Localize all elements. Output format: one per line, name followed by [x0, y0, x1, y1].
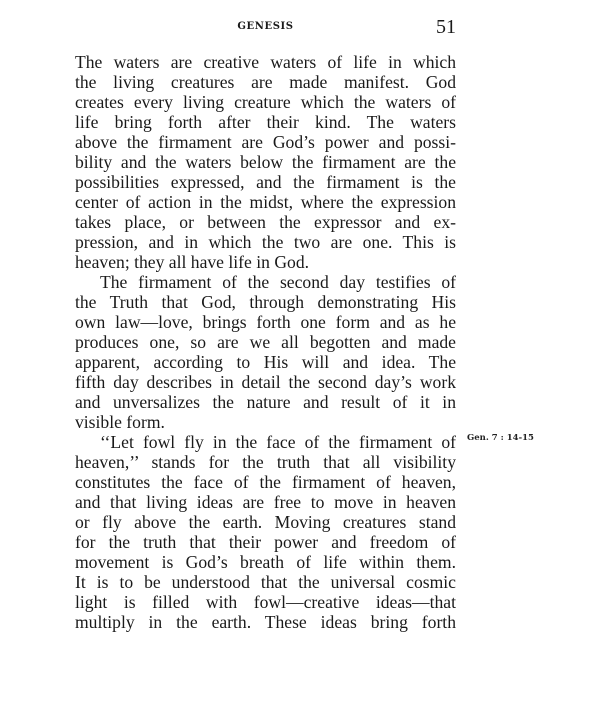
text-line: The firmament of the second day testifie…: [75, 272, 456, 292]
text-line: ‘‘Let fowl fly in the face of the firmam…: [75, 432, 456, 452]
body-text: The waters are creative waters of life i…: [75, 52, 456, 632]
text-line: apparent, according to His will and idea…: [75, 352, 456, 372]
running-head: GENESIS 51: [75, 16, 456, 40]
page-number: 51: [436, 16, 456, 39]
text-line: own law—love, brings forth one form and …: [75, 312, 456, 332]
text-line: or fly above the earth. Moving creatures…: [75, 512, 456, 532]
text-line: life bring forth after their kind. The w…: [75, 112, 456, 132]
text-line: the Truth that God, through demonstratin…: [75, 292, 456, 312]
text-line: for the truth that their power and freed…: [75, 532, 456, 552]
text-line: constitutes the face of the firmament of…: [75, 472, 456, 492]
text-line: heaven,’’ stands for the truth that all …: [75, 452, 456, 472]
text-line: The waters are creative waters of life i…: [75, 52, 456, 72]
paragraph-3: ‘‘Let fowl fly in the face of the firmam…: [75, 432, 456, 632]
text-line: movement is God’s breath of life within …: [75, 552, 456, 572]
text-line: produces one, so are we all begotten and…: [75, 332, 456, 352]
text-line: light is filled with fowl—creative ideas…: [75, 592, 456, 612]
text-line: takes place, or between the expressor an…: [75, 212, 456, 232]
text-line: multiply in the earth. These ideas bring…: [75, 612, 456, 632]
text-line: possibilities expressed, and the firmame…: [75, 172, 456, 192]
paragraph-1: The waters are creative waters of life i…: [75, 52, 456, 272]
paragraph-2: The firmament of the second day testifie…: [75, 272, 456, 432]
margin-reference: Gen. 7 : 14-15: [467, 433, 534, 443]
text-line: creates every living creature which the …: [75, 92, 456, 112]
text-line: the living creatures are made manifest. …: [75, 72, 456, 92]
text-line: heaven; they all have life in God.: [75, 252, 456, 272]
text-line: and that living ideas are free to move i…: [75, 492, 456, 512]
text-line: center of action in the midst, where the…: [75, 192, 456, 212]
book-page: GENESIS 51 The waters are creative water…: [0, 0, 600, 709]
text-line: visible form.: [75, 412, 456, 432]
text-line: and unversalizes the nature and result o…: [75, 392, 456, 412]
text-line: pression, and in which the two are one. …: [75, 232, 456, 252]
running-title: GENESIS: [75, 21, 456, 32]
text-line: above the firmament are God’s power and …: [75, 132, 456, 152]
text-line: It is to be understood that the universa…: [75, 572, 456, 592]
text-line: fifth day describes in detail the second…: [75, 372, 456, 392]
text-line: bility and the waters below the firmamen…: [75, 152, 456, 172]
